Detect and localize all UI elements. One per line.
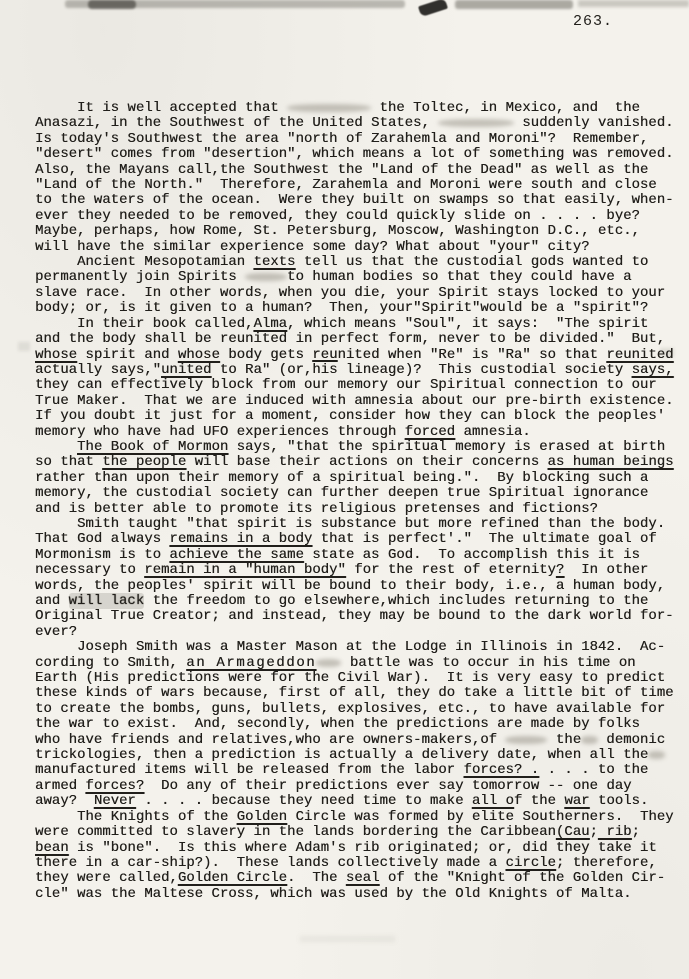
underlined-text: bean [35, 840, 69, 856]
text-line: were committed to slavery in the lands b… [35, 825, 683, 840]
text-line: It is well accepted that the Toltec, in … [35, 101, 683, 116]
text-line: and the body shall be reunited in perfec… [35, 332, 683, 347]
text-line: who have friends and relatives,who are o… [35, 733, 683, 748]
text-line: trickologies, then a prediction is actua… [35, 748, 683, 763]
underlined-text: as human beings [548, 454, 674, 470]
text-line: True Maker. That we are induced with amn… [35, 394, 683, 409]
underlined-text: remain in a "human body" [144, 562, 346, 578]
underlined-text: remains in a body [169, 531, 312, 547]
text-line: body; or, is it given to a human? Then, … [35, 301, 683, 316]
text-line: "Land of the North." Therefore, Zaraheml… [35, 178, 683, 193]
text-line: cording to Smith, an Armageddon battle w… [35, 656, 683, 671]
page-number: 263. [573, 13, 613, 30]
scan-artifact-dot [300, 936, 395, 942]
scan-artifact-band [455, 0, 573, 9]
erased-smudge [287, 104, 371, 112]
text-line: Mormonism is to achieve the same state a… [35, 548, 683, 563]
text-line: whose spirit and whose body gets reunite… [35, 348, 683, 363]
text-line: That God always remains in a body that i… [35, 532, 683, 547]
overlined-text: tomorrow [472, 778, 539, 794]
underlined-text: united [161, 362, 211, 378]
overlined-text: take [598, 840, 632, 856]
overlined-text: his [312, 362, 337, 378]
erased-smudge [648, 751, 665, 759]
underlined-text: Alma [253, 316, 287, 332]
underlined-text: forces? [463, 762, 522, 778]
text-line: armed forces? Do any of their prediction… [35, 779, 683, 794]
erased-smudge [316, 659, 341, 667]
underlined-text: seal [346, 870, 380, 886]
underlined-text: texts [253, 254, 295, 270]
text-line: these kinds of wars because, first of al… [35, 686, 683, 701]
text-line: they were called,Golden Circle. The seal… [35, 871, 683, 886]
text-line: Smith taught "that spirit is substance b… [35, 517, 683, 532]
underlined-text: forces? [85, 778, 144, 794]
text-line: memory, the custodial society can furthe… [35, 486, 683, 501]
text-line: Earth (His predictions were for the Civi… [35, 671, 683, 686]
scan-artifact-blob [88, 0, 136, 9]
text-line: bean is "bone". Is this where Adam's rib… [35, 841, 683, 856]
underlined-text: whose [35, 347, 77, 363]
text-line: memory who have had UFO experiences thro… [35, 425, 683, 440]
text-line: and will lack the freedom to go elsewher… [35, 594, 683, 609]
text-line: there in a car-ship?). These lands colle… [35, 856, 683, 871]
text-segment: will lack [69, 593, 145, 609]
text-line: The Knights of the Golden Circle was for… [35, 810, 683, 825]
text-line: manufactured items will be released from… [35, 763, 683, 778]
text-line: cle" was the Maltese Cross, which was us… [35, 887, 683, 902]
text-line: In their book called,Alma, which means "… [35, 317, 683, 332]
erased-smudge [245, 273, 287, 281]
text-line: Original True Creator; and instead, they… [35, 609, 683, 624]
text-line: ever? [35, 625, 683, 640]
text-line: Also, the Mayans call,the Southwest the … [35, 163, 683, 178]
text-line: If you doubt it just for a moment, consi… [35, 409, 683, 424]
text-line: words, the peoples' spirit will be bound… [35, 579, 683, 594]
text-line: actually says,"united to Ra" (or,his lin… [35, 363, 683, 378]
underlined-text: The Book of Mormon [77, 439, 228, 455]
text-line: ever they needed to be removed, they cou… [35, 209, 683, 224]
text-line: Ancient Mesopotamian texts tell us that … [35, 255, 683, 270]
underlined-text: whose [178, 347, 220, 363]
text-line: to the waters of the ocean. Were they bu… [35, 193, 683, 208]
text-line: The Book of Mormon says, "that the spiri… [35, 440, 683, 455]
text-line: the war to exist. And, secondly, when th… [35, 717, 683, 732]
underlined-text: Golden Circle [178, 870, 287, 886]
text-line: Anasazi, in the Southwest of the United … [35, 116, 683, 131]
text-line: "desert" comes from "desertion", which m… [35, 147, 683, 162]
underlined-text: forced [405, 424, 455, 440]
underlined-text: achieve the same [169, 547, 303, 563]
text-line: Is today's Southwest the area "north of … [35, 132, 683, 147]
scan-artifact-band [578, 0, 689, 7]
scanned-page: 263. It is well accepted that the Toltec… [0, 0, 689, 979]
text-line: Maybe, perhaps, how Rome, St. Petersburg… [35, 224, 683, 239]
underlined-text: says, [632, 362, 674, 378]
text-line: they can effectively block from our memo… [35, 378, 683, 393]
scan-artifact-mark [418, 0, 448, 17]
underlined-text: Golden [237, 809, 287, 825]
underlined-text: circle [505, 855, 555, 871]
underlined-text: ? [556, 562, 564, 578]
underlined-text: an Armageddon [186, 655, 316, 671]
underlined-text: war [564, 793, 589, 809]
underlined-text: all [472, 793, 497, 809]
text-line: will have the similar experience some da… [35, 240, 683, 255]
document-body: It is well accepted that the Toltec, in … [35, 101, 683, 902]
scan-artifact-band [65, 0, 405, 8]
erased-smudge [581, 736, 598, 744]
erased-smudge [505, 736, 547, 744]
text-line: so that the people will base their actio… [35, 455, 683, 470]
scan-artifact-dot [18, 342, 30, 351]
underlined-text: the people [102, 454, 186, 470]
overlined-text: they [556, 840, 590, 856]
underlined-text: reunited [606, 347, 673, 363]
text-line: away? Never . . . . because they need ti… [35, 794, 683, 809]
text-line: rather than upon their memory of a spiri… [35, 471, 683, 486]
underlined-text: rib [606, 824, 631, 840]
text-line: permanently join Spirits to human bodies… [35, 270, 683, 285]
erased-smudge [438, 119, 514, 127]
underlined-text: Never [94, 793, 136, 809]
text-line: to create the bombs, guns, bullets, expl… [35, 702, 683, 717]
text-line: necessary to remain in a "human body" fo… [35, 563, 683, 578]
text-line: slave race. In other words, when you die… [35, 286, 683, 301]
underlined-text: Cau [564, 824, 589, 840]
text-line: Joseph Smith was a Master Mason at the L… [35, 640, 683, 655]
text-line: and is better able to promote its religi… [35, 502, 683, 517]
overlined-text: elite [472, 809, 514, 825]
